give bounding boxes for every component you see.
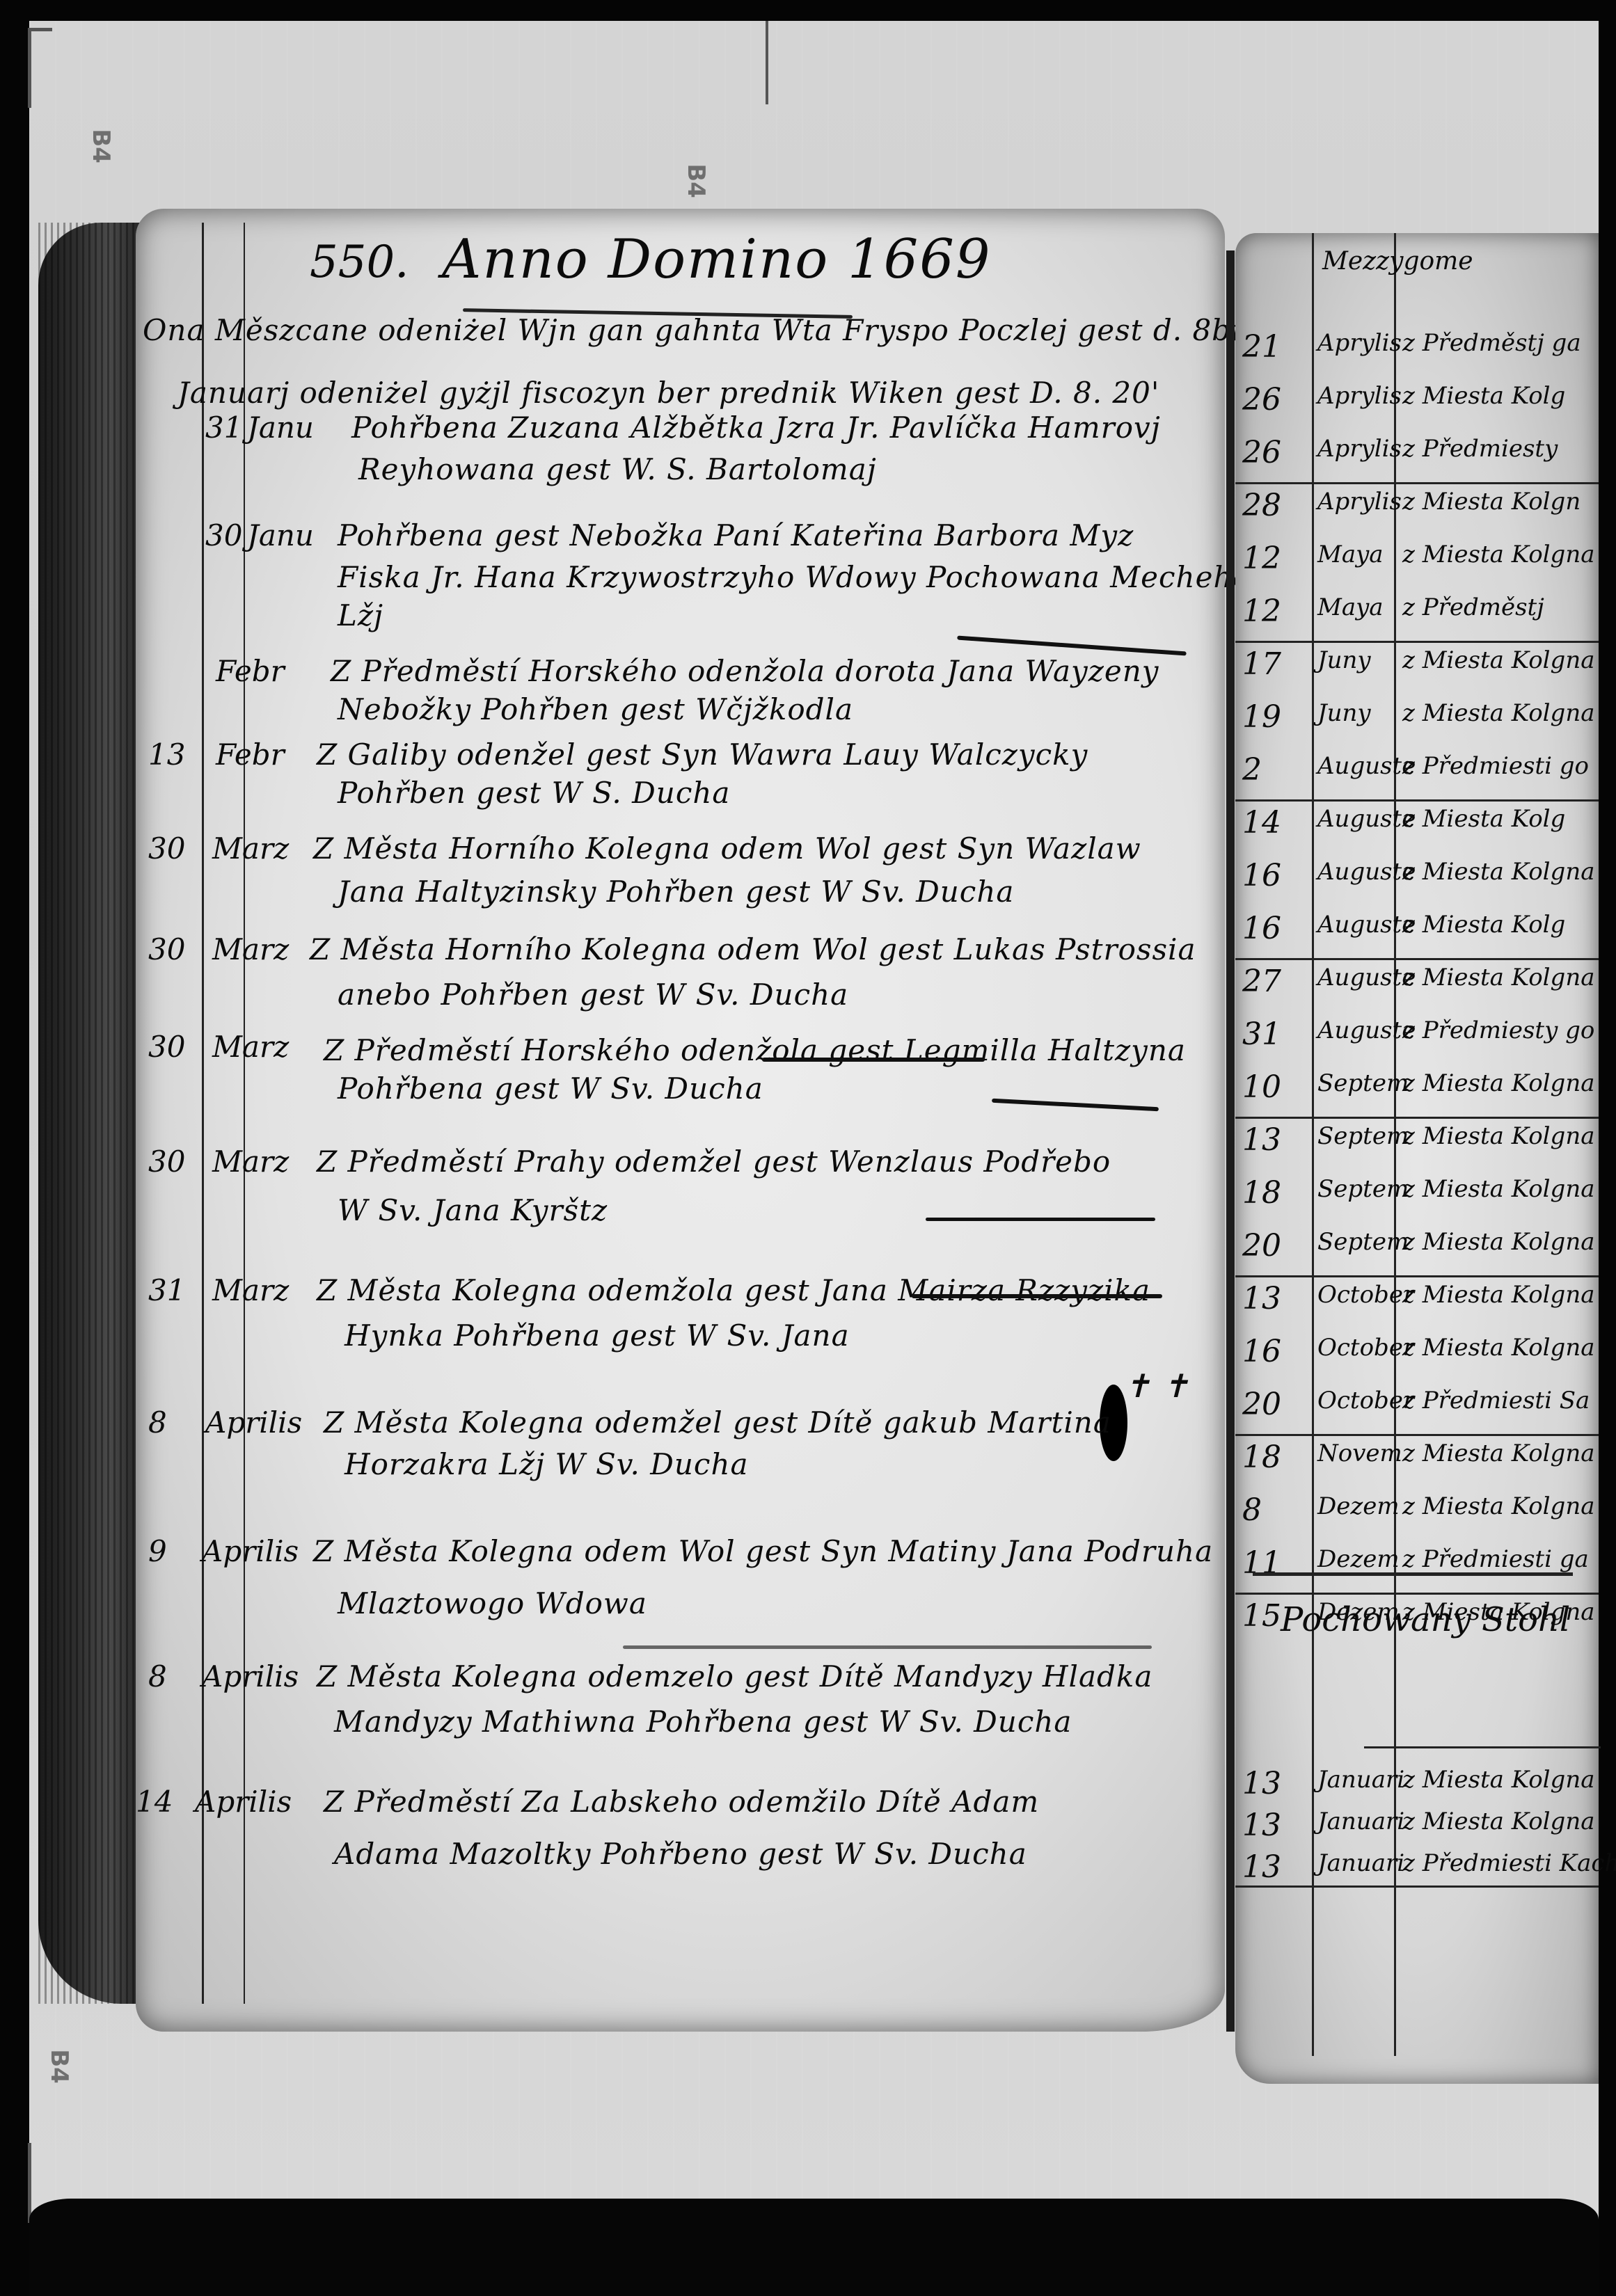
row-place: z Předmiesty go	[1402, 1017, 1594, 1044]
entry-month: Marz	[212, 1273, 289, 1307]
entry-month: Marz	[212, 831, 289, 866]
row-month: October	[1317, 1387, 1414, 1414]
row-month: Auguste	[1317, 752, 1416, 780]
entry-line: Pohřben gest W S. Ducha	[338, 776, 730, 810]
page-number: 550.	[310, 237, 409, 288]
row-month: Auguste	[1317, 858, 1416, 886]
row-place: z Miesta Kolg	[1402, 911, 1565, 939]
entry-day: 30	[205, 518, 242, 552]
entry-line: Hynka Pohřbena gest W Sv. Jana	[344, 1318, 850, 1353]
entry-line: Z Předměstí Horského odenžola gest Legmi…	[324, 1033, 1186, 1067]
row-day: 13	[1242, 1808, 1281, 1843]
row-place: z Miesta Kolgna	[1402, 699, 1594, 727]
row-month: Auguste	[1317, 805, 1416, 833]
row-place: z Miesta Kolgn	[1402, 488, 1581, 516]
row-month: Auguste	[1317, 911, 1416, 939]
row-day: 16	[1242, 858, 1281, 893]
register-row: 10Septemz Miesta Kolgna	[1235, 1064, 1599, 1119]
register-row: 13Octoberz Miesta Kolgna	[1235, 1275, 1599, 1328]
row-day: 31	[1242, 1017, 1281, 1052]
row-place: z Miesta Kolgna	[1402, 1808, 1594, 1835]
entry-line: Mandyzy Mathiwna Pohřbena gest W Sv. Duc…	[334, 1705, 1072, 1739]
register-row: 26Aprylisz Miesta Kolg	[1235, 376, 1599, 429]
row-place: z Miesta Kolgna	[1402, 1122, 1594, 1150]
row-month: Januari	[1317, 1808, 1404, 1835]
entry-line: Z Města Horního Kolegna odem Wol gest Lu…	[310, 932, 1196, 966]
register-row: 16Octoberz Miesta Kolgna	[1235, 1328, 1599, 1381]
entry-day: 31	[148, 1273, 185, 1307]
entry-line: Z Města Horního Kolegna odem Wol gest Sy…	[313, 831, 1141, 866]
row-day: 13	[1242, 1122, 1281, 1158]
film-mark-top-left: B4	[87, 129, 115, 164]
right-page-divider	[1253, 1572, 1573, 1576]
row-day: 19	[1242, 699, 1281, 735]
entry-line: anebo Pohřben gest W Sv. Ducha	[338, 978, 848, 1012]
entry-month: Marz	[212, 1145, 289, 1179]
row-day: 12	[1242, 593, 1281, 629]
row-place: z Miesta Kolgna	[1402, 1281, 1594, 1309]
row-place: z Miesta Kolg	[1402, 382, 1565, 410]
marginal-mark: ✝ ✝	[1124, 1367, 1190, 1405]
row-month: Dezem	[1317, 1545, 1400, 1573]
row-day: 13	[1242, 1281, 1281, 1316]
row-day: 17	[1242, 646, 1281, 682]
entry-line: Z Předměstí Prahy odemžel gest Wenzlaus …	[317, 1145, 1111, 1179]
row-place: z Miesta Kolgna	[1402, 1440, 1594, 1467]
row-place: z Předměstj ga	[1402, 329, 1581, 357]
row-day: 21	[1242, 329, 1281, 365]
register-row: 27Augustez Miesta Kolgna	[1235, 958, 1599, 1011]
register-row: 26Aprylisz Předmiesty	[1235, 429, 1599, 484]
entry-line: Z Předměstí Za Labskeho odemžilo Dítě Ad…	[324, 1785, 1039, 1819]
entry-line: Z Města Kolegna odem Wol gest Syn Matiny…	[313, 1534, 1213, 1568]
entry-line: Fiska Jr. Hana Krzywostrzyho Wdowy Pocho…	[338, 560, 1284, 594]
entry-day: 30	[148, 932, 185, 966]
entry-line: Z Města Kolegna odemžel gest Dítě gakub …	[324, 1405, 1111, 1440]
entry-month: Aprilis	[195, 1785, 292, 1819]
margin-line-inner	[244, 223, 245, 2004]
row-month: Maya	[1317, 593, 1384, 621]
entry-line: Z Předměstí Horského odenžola dorota Jan…	[331, 654, 1159, 688]
row-place: z Miesta Kolgna	[1402, 964, 1594, 991]
entry-month: Aprilis	[202, 1534, 299, 1568]
register-row: 20Octoberz Předmiesti Sa	[1235, 1381, 1599, 1436]
row-day: 16	[1242, 1334, 1281, 1369]
entry-line: Mlaztowogo Wdowa	[338, 1586, 647, 1620]
strikethrough-mark	[912, 1294, 1162, 1298]
row-month: Juny	[1317, 646, 1371, 674]
register-row: 17Junyz Miesta Kolgna	[1235, 641, 1599, 694]
row-month: Maya	[1317, 541, 1384, 568]
row-month: Dezem	[1317, 1492, 1400, 1520]
strikethrough-mark	[762, 1058, 985, 1062]
entry-month: Janu	[247, 410, 314, 445]
register-row: 19Junyz Miesta Kolgna	[1235, 694, 1599, 747]
entry-line: Jana Haltyzinsky Pohřben gest W Sv. Duch…	[338, 875, 1014, 909]
row-place: z Miesta Kolg	[1402, 805, 1565, 833]
entry-day: 31	[205, 410, 242, 445]
row-month: Septem	[1317, 1228, 1409, 1256]
row-day: 16	[1242, 911, 1281, 946]
row-place: z Předmiesti go	[1402, 752, 1589, 780]
entry-day: 8	[148, 1659, 167, 1693]
entry-day: 9	[148, 1534, 167, 1568]
row-month: Aprylis	[1317, 488, 1402, 516]
strikethrough-mark	[992, 1099, 1159, 1112]
row-month: Aprylis	[1317, 435, 1402, 463]
entry-line: Adama Mazoltky Pohřbeno gest W Sv. Ducha	[334, 1837, 1027, 1871]
row-month: Aprylis	[1317, 382, 1402, 410]
entry-line: Lžj	[338, 598, 383, 632]
row-day: 20	[1242, 1228, 1281, 1263]
row-day: 15	[1242, 1598, 1281, 1634]
row-day: 8	[1242, 1492, 1262, 1528]
entry-line: Horzakra Lžj W Sv. Ducha	[344, 1447, 749, 1481]
section-divider	[957, 635, 1187, 655]
entry-line: Z Galiby odenžel gest Syn Wawra Lauy Wal…	[317, 738, 1088, 772]
register-row: 16Augustez Miesta Kolgna	[1235, 852, 1599, 905]
row-place: z Miesta Kolgna	[1402, 1492, 1594, 1520]
register-row: 2Augustez Předmiesti go	[1235, 747, 1599, 802]
entry-day: 30	[148, 1145, 185, 1179]
row-day: 12	[1242, 541, 1281, 576]
intro-line-2: Januarj odeniżel gyżjl fiscozyn ber pred…	[177, 376, 1159, 410]
film-mark-bottom-left: B4	[45, 2049, 73, 2084]
row-month: Novem	[1317, 1440, 1402, 1467]
entry-day: 8	[148, 1405, 167, 1440]
row-month: Januari	[1317, 1849, 1404, 1877]
register-row: 18Novemz Miesta Kolgna	[1235, 1434, 1599, 1487]
row-place: z Předmiesti Sa	[1402, 1387, 1590, 1414]
row-place: z Miesta Kolgna	[1402, 858, 1594, 886]
row-month: Juny	[1317, 699, 1371, 727]
left-page: 550. Anno Domino 1669 Ona Měszcane odeni…	[136, 209, 1225, 2032]
register-row: 12Mayaz Miesta Kolgna	[1235, 535, 1599, 588]
entry-line: Z Města Kolegna odemžola gest Jana Mairz…	[317, 1273, 1150, 1307]
row-place: z Miesta Kolgna	[1402, 1069, 1594, 1097]
row-month: Septem	[1317, 1175, 1409, 1203]
row-month: Januari	[1317, 1766, 1404, 1794]
film-mark-top-center: B4	[682, 164, 710, 198]
entry-line: Pohřbena Zuzana Alžbětka Jzra Jr. Pavlíč…	[351, 410, 1161, 445]
entry-month: Janu	[247, 518, 314, 552]
row-day: 13	[1242, 1766, 1281, 1801]
row-month: October	[1317, 1334, 1414, 1362]
register-row: 18Septemz Miesta Kolgna	[1235, 1170, 1599, 1222]
row-day: 20	[1242, 1387, 1281, 1422]
intro-line-1: Ona Měszcane odeniżel Wjn gan gahnta Wta…	[143, 313, 1272, 347]
register-row: 13Januariz Miesta Kolgna	[1235, 1760, 1599, 1802]
row-month: Aprylis	[1317, 329, 1402, 357]
row-month: Septem	[1317, 1122, 1409, 1150]
register-row: 31Augustez Předmiesty go	[1235, 1011, 1599, 1064]
entry-line: Nebožky Pohřben gest Wčjžkodla	[338, 692, 853, 726]
entry-day: 30	[148, 1030, 185, 1064]
register-row: 8Dezemz Miesta Kolgna	[1235, 1487, 1599, 1540]
row-month: Septem	[1317, 1069, 1409, 1097]
section-divider	[623, 1645, 1152, 1649]
row-place: z Předmiesti ga	[1402, 1545, 1589, 1573]
row-month: October	[1317, 1281, 1414, 1309]
entry-day: 13	[148, 738, 185, 772]
register-row: 20Septemz Miesta Kolgna	[1235, 1222, 1599, 1277]
entry-month: Febr	[216, 654, 285, 688]
entry-month: Aprilis	[205, 1405, 302, 1440]
page-title: Anno Domino 1669	[442, 228, 991, 291]
row-place: z Miesta Kolgna	[1402, 541, 1594, 568]
page-gutter	[1226, 250, 1235, 2032]
row-day: 2	[1242, 752, 1262, 788]
row-month: Auguste	[1317, 964, 1416, 991]
section-divider	[926, 1218, 1155, 1221]
row-month: Auguste	[1317, 1017, 1416, 1044]
row-day: 18	[1242, 1175, 1281, 1211]
entry-line: Pohřbena gest W Sv. Ducha	[338, 1071, 763, 1106]
right-page-footer-note: Pochowany Stohl	[1281, 1600, 1570, 1639]
row-place: z Miesta Kolgna	[1402, 1228, 1594, 1256]
row-place: z Miesta Kolgna	[1402, 646, 1594, 674]
register-row: 13Januariz Miesta Kolgna	[1235, 1802, 1599, 1844]
right-page-divider-2	[1364, 1746, 1601, 1748]
entry-line: Z Města Kolegna odemzelo gest Dítě Mandy…	[317, 1659, 1152, 1693]
row-day: 27	[1242, 964, 1281, 999]
register-row: 14Augustez Miesta Kolg	[1235, 799, 1599, 852]
corner-bracket-top-center	[766, 21, 769, 104]
register-row: 13Januariz Předmiesti Kachozyka	[1235, 1844, 1599, 1888]
row-day: 10	[1242, 1069, 1281, 1105]
row-place: z Předmiesti Kachozyka	[1402, 1849, 1616, 1877]
entry-day: 30	[148, 831, 185, 866]
entry-month: Marz	[212, 932, 289, 966]
entry-month: Marz	[212, 1030, 289, 1064]
row-place: z Miesta Kolgna	[1402, 1334, 1594, 1362]
row-day: 28	[1242, 488, 1281, 523]
row-place: z Předmiesty	[1402, 435, 1558, 463]
row-day: 26	[1242, 382, 1281, 417]
corner-bracket-top-left	[28, 28, 52, 108]
row-place: z Předměstj	[1402, 593, 1544, 621]
entry-month: Febr	[216, 738, 285, 772]
entry-line: W Sv. Jana Kyrštz	[338, 1193, 608, 1227]
register-row: 12Mayaz Předměstj	[1235, 588, 1599, 643]
row-day: 26	[1242, 435, 1281, 470]
entry-month: Aprilis	[202, 1659, 299, 1693]
row-place: z Miesta Kolgna	[1402, 1766, 1594, 1794]
row-day: 13	[1242, 1849, 1281, 1885]
register-row: 16Augustez Miesta Kolg	[1235, 905, 1599, 960]
register-row: 13Septemz Miesta Kolgna	[1235, 1117, 1599, 1170]
row-day: 18	[1242, 1440, 1281, 1475]
register-row: 11Dezemz Předmiesti ga	[1235, 1540, 1599, 1595]
entry-line: Reyhowana gest W. S. Bartolomaj	[358, 452, 877, 486]
entry-day: 14	[136, 1785, 173, 1819]
entry-line: Pohřbena gest Nebožka Paní Kateřina Barb…	[338, 518, 1134, 552]
scan-bottom-edge	[29, 2199, 1599, 2296]
row-day: 14	[1242, 805, 1281, 840]
register-row: 21Aprylisz Předměstj ga	[1235, 324, 1599, 376]
margin-line-outer	[202, 223, 204, 2004]
row-place: z Miesta Kolgna	[1402, 1175, 1594, 1203]
register-row: 28Aprylisz Miesta Kolgn	[1235, 482, 1599, 535]
